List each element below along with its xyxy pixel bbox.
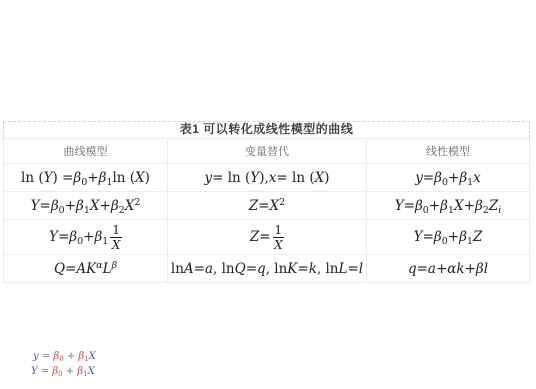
equation-artifact: y = β0 + β1X bbox=[33, 351, 96, 362]
formula-cell: y = ln (Y), x = ln (X) bbox=[167, 164, 366, 191]
page: { "table": { "title": "表1 可以转化成线性模型的曲线",… bbox=[0, 0, 536, 389]
formula-cell: y = β0 + β1x bbox=[366, 164, 529, 191]
formula-cell: q = a + αk + βl bbox=[366, 255, 529, 282]
formula-cell: ln (Y) = β0 + β1 ln (X) bbox=[4, 164, 167, 191]
equation-artifact: Y = β0 + β1X bbox=[31, 366, 95, 377]
table-title: 表1 可以转化成线性模型的曲线 bbox=[3, 121, 530, 138]
header-curve-model: 曲线模型 bbox=[4, 139, 167, 163]
table-row: Q = AKαLβ ln A = a, ln Q = q, ln K = k, … bbox=[4, 254, 529, 282]
formula-cell: ln A = a, ln Q = q, ln K = k, ln L = l bbox=[167, 255, 366, 282]
table-row: Y = β0 + β1X + β2X2 Z = X2 Y = β0 + β1X … bbox=[4, 191, 529, 219]
formula-cell: Y = β0 + β1X + β2Zi bbox=[366, 192, 529, 219]
formula-cell: Z = X2 bbox=[167, 192, 366, 219]
linearizable-curves-table: 表1 可以转化成线性模型的曲线 曲线模型 变量替代 线性模型 ln (Y) = … bbox=[3, 121, 530, 283]
table-header-row: 曲线模型 变量替代 线性模型 bbox=[4, 139, 529, 163]
formula-cell: Y = β0 + β11X bbox=[4, 220, 167, 254]
table-grid: 曲线模型 变量替代 线性模型 ln (Y) = β0 + β1 ln (X) y… bbox=[3, 138, 530, 283]
header-variable-substitution: 变量替代 bbox=[167, 139, 366, 163]
header-linear-model: 线性模型 bbox=[366, 139, 529, 163]
formula-cell: Y = β0 + β1X + β2X2 bbox=[4, 192, 167, 219]
formula-cell: Z = 1X bbox=[167, 220, 366, 254]
table-row: Y = β0 + β11X Z = 1X Y = β0 + β1Z bbox=[4, 219, 529, 254]
table-row: ln (Y) = β0 + β1 ln (X) y = ln (Y), x = … bbox=[4, 163, 529, 191]
formula-cell: Y = β0 + β1Z bbox=[366, 220, 529, 254]
formula-cell: Q = AKαLβ bbox=[4, 255, 167, 282]
